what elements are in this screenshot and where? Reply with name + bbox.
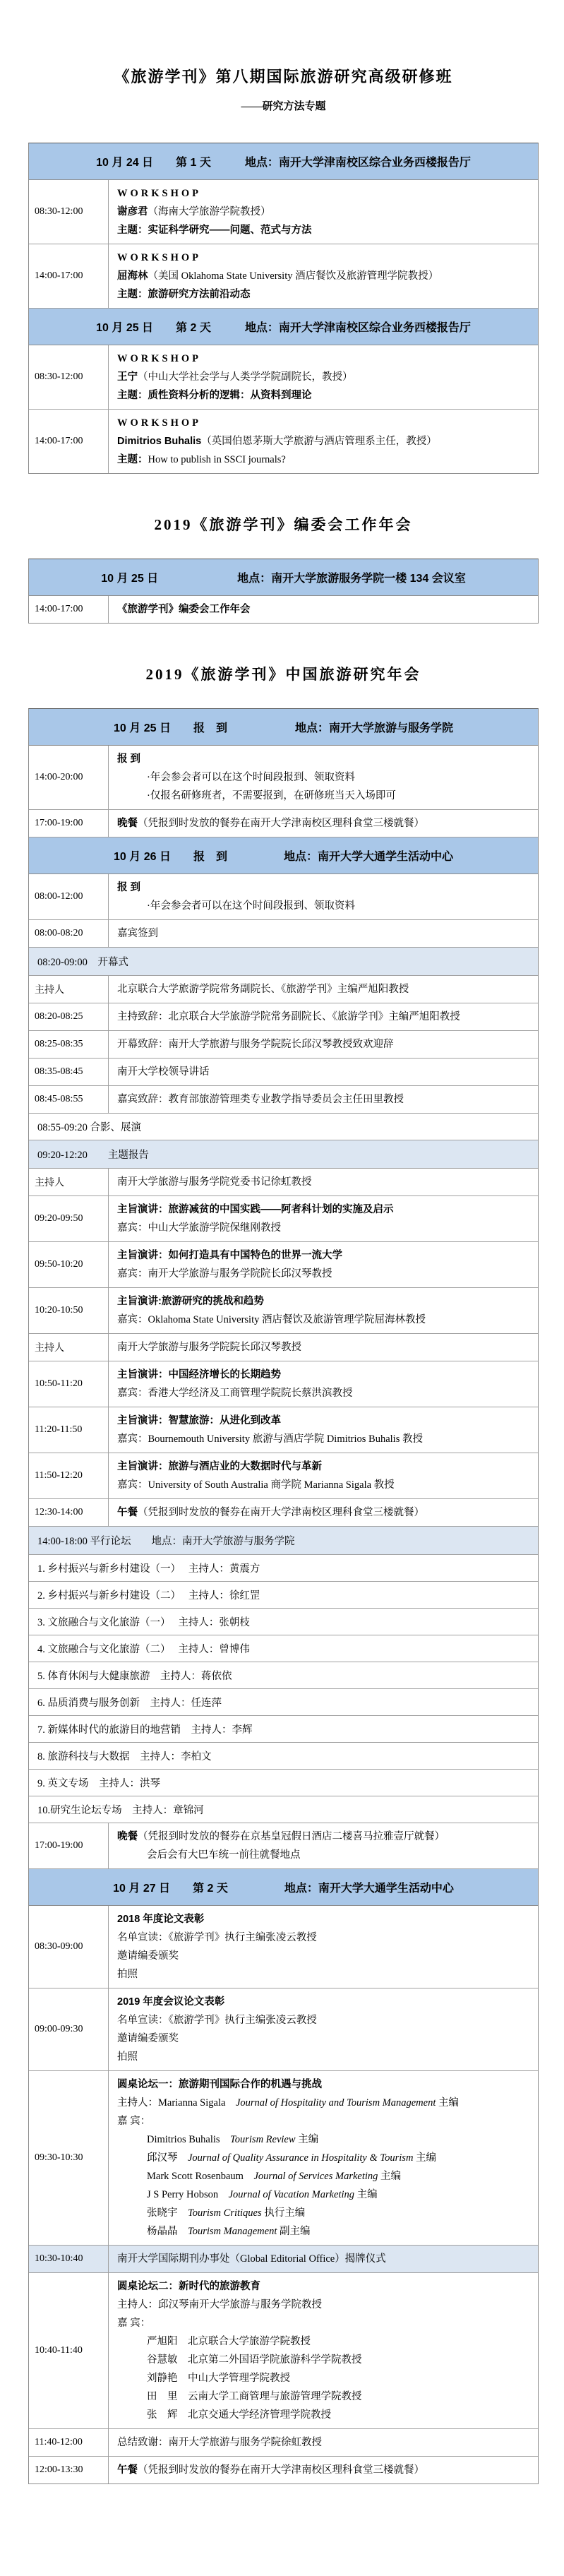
detail-cell: 开幕致辞：南开大学旅游与服务学院院长邱汉琴教授致欢迎辞: [109, 1031, 538, 1058]
text-segment: 开幕致辞：南开大学旅游与服务学院院长邱汉琴教授致欢迎辞: [117, 1039, 394, 1050]
span-row: 1. 乡村振兴与新乡村建设（一） 主持人：黄震方: [29, 1555, 538, 1582]
detail-line: 主题：How to publish in SSCI journals?: [117, 451, 531, 469]
detail-line: 主旨演讲：旅游与酒店业的大数据时代与革新: [117, 1457, 531, 1476]
span-row: 10.研究生论坛专场 主持人：章锦河: [29, 1796, 538, 1823]
span-row: 5. 体育休闲与大健康旅游 主持人：蒋依依: [29, 1662, 538, 1689]
text-segment: 午餐: [117, 1507, 138, 1518]
detail-line: 杨晶晶 Tourism Management 副主编: [117, 2222, 531, 2241]
schedule-row: 08:35-08:45南开大学校领导讲话: [29, 1059, 538, 1086]
detail-line: 嘉宾致辞：教育部旅游管理类专业教学指导委员会主任田里教授: [117, 1090, 531, 1109]
detail-line: 邀请编委颁奖: [117, 1947, 531, 1965]
detail-cell: 南开大学旅游与服务学院院长邱汉琴教授: [109, 1334, 538, 1361]
schedule-row: 17:00-19:00晚餐（凭报到时发放的餐券在南开大学津南校区理科食堂三楼就餐…: [29, 810, 538, 837]
detail-line: 主旨演讲：中国经济增长的长期趋势: [117, 1366, 531, 1384]
annual-conference-title: 2019《旅游学刊》中国旅游研究年会: [28, 663, 539, 684]
detail-line: Dimitrios Buhalis Tourism Review 主编: [117, 2130, 531, 2149]
detail-cell: 嘉宾签到: [109, 920, 538, 947]
text-segment: Dimitrios Buhalis: [117, 436, 201, 447]
span-row: 4. 文旅融合与文化旅游（二） 主持人：曾博伟: [29, 1635, 538, 1662]
text-segment: 主编: [378, 2171, 401, 2182]
time-cell: 08:00-08:20: [29, 920, 109, 947]
detail-line: 张晓宇 Tourism Critiques 执行主编: [117, 2204, 531, 2222]
detail-line: 嘉宾：香港大学经济及工商管理学院院长蔡洪滨教授: [117, 1384, 531, 1402]
text-segment: 南开大学旅游与服务学院党委书记徐虹教授: [117, 1176, 312, 1188]
text-segment: 主题：实证科学研究——问题、范式与方法: [117, 225, 312, 236]
time-cell: 09:30-10:30: [29, 2071, 109, 2245]
detail-line: 开幕致辞：南开大学旅游与服务学院院长邱汉琴教授致欢迎辞: [117, 1035, 531, 1054]
schedule-row: 08:20-08:25主持致辞：北京联合大学旅游学院常务副院长、《旅游学刊》主编…: [29, 1003, 538, 1031]
text-segment: WORKSHOP: [117, 417, 201, 429]
detail-line: 嘉宾：Bournemouth University 旅游与酒店学院 Dimitr…: [117, 1430, 531, 1448]
time-cell: 08:35-08:45: [29, 1059, 109, 1085]
time-cell: 10:20-10:50: [29, 1288, 109, 1333]
text-segment: Journal of Services Marketing: [253, 2171, 378, 2182]
detail-line: 谢彦君（海南大学旅游学院教授）: [117, 203, 531, 221]
text-segment: ·年会参会者可以在这个时间段报到、领取资料: [147, 772, 355, 783]
detail-line: 晚餐（凭报到时发放的餐券在京基皇冠假日酒店二楼喜马拉雅壹厅就餐）: [117, 1827, 531, 1846]
text-segment: 《旅游学刊》编委会工作年会: [117, 604, 251, 615]
detail-cell: 主旨演讲：中国经济增长的长期趋势嘉宾：香港大学经济及工商管理学院院长蔡洪滨教授: [109, 1361, 538, 1407]
time-cell: 14:00-17:00: [29, 244, 109, 308]
editorial-meeting-title: 2019《旅游学刊》编委会工作年会: [28, 513, 539, 535]
text-segment: 总结致谢：南开大学旅游与服务学院徐虹教授: [117, 2437, 322, 2448]
detail-cell: 主持致辞：北京联合大学旅游学院常务副院长、《旅游学刊》主编严旭阳教授: [109, 1003, 538, 1030]
text-segment: 邀请编委颁奖: [117, 1950, 179, 1962]
schedule-row: 10:40-11:40圆桌论坛二：新时代的旅游教育主持人：邱汉琴南开大学旅游与服…: [29, 2273, 538, 2429]
detail-line: 圆桌论坛一：旅游期刊国际合作的机遇与挑战: [117, 2075, 531, 2094]
text-segment: 张 辉 北京交通大学经济管理学院教授: [147, 2409, 331, 2421]
schedule-row: 17:00-19:00晚餐（凭报到时发放的餐券在京基皇冠假日酒店二楼喜马拉雅壹厅…: [29, 1823, 538, 1869]
text-segment: 嘉宾：University of South Australia 商学院 Mar…: [117, 1479, 395, 1491]
schedule-row: 10:50-11:20主旨演讲：中国经济增长的长期趋势嘉宾：香港大学经济及工商管…: [29, 1361, 538, 1407]
time-cell: 10:40-11:40: [29, 2273, 109, 2428]
detail-cell: WORKSHOP谢彦君（海南大学旅游学院教授）主题：实证科学研究——问题、范式与…: [109, 180, 538, 244]
session-subheader: 14:00-18:00 平行论坛 地点：南开大学旅游与服务学院: [29, 1527, 538, 1555]
text-segment: 谢彦君: [117, 206, 148, 217]
schedule-row: 11:40-12:00总结致谢：南开大学旅游与服务学院徐虹教授: [29, 2429, 538, 2457]
detail-cell: 主旨演讲：智慧旅游：从进化到改革嘉宾：Bournemouth Universit…: [109, 1407, 538, 1453]
schedule-row: 主持人北京联合大学旅游学院常务副院长、《旅游学刊》主编严旭阳教授: [29, 976, 538, 1003]
detail-line: 主持致辞：北京联合大学旅游学院常务副院长、《旅游学刊》主编严旭阳教授: [117, 1008, 531, 1026]
time-cell: 主持人: [29, 976, 109, 1003]
time-cell: 主持人: [29, 1334, 109, 1361]
detail-cell: 南开大学国际期刊办事处（Global Editorial Office）揭牌仪式: [109, 2246, 538, 2272]
text-segment: 主旨演讲:旅游研究的挑战和趋势: [117, 1296, 264, 1307]
detail-cell: 晚餐（凭报到时发放的餐券在京基皇冠假日酒店二楼喜马拉雅壹厅就餐）会后会有大巴车统…: [109, 1823, 538, 1868]
text-segment: 张晓宇: [147, 2207, 188, 2219]
text-segment: 报 到: [117, 882, 140, 893]
detail-cell: 嘉宾致辞：教育部旅游管理类专业教学指导委员会主任田里教授: [109, 1086, 538, 1113]
schedule-row: 09:30-10:30圆桌论坛一：旅游期刊国际合作的机遇与挑战主持人：Maria…: [29, 2071, 538, 2246]
time-cell: 08:30-12:00: [29, 180, 109, 244]
detail-line: 午餐（凭报到时发放的餐券在南开大学津南校区理科食堂三楼就餐）: [117, 2461, 531, 2479]
detail-line: J S Perry Hobson Journal of Vacation Mar…: [117, 2186, 531, 2204]
detail-cell: 主旨演讲：如何打造具有中国特色的世界一流大学嘉宾：南开大学旅游与服务学院院长邱汉…: [109, 1242, 538, 1287]
text-segment: （美国 Oklahoma State University 酒店餐饮及旅游管理学…: [148, 270, 439, 282]
text-segment: 主持致辞：北京联合大学旅游学院常务副院长、《旅游学刊》主编严旭阳教授: [117, 1011, 460, 1022]
text-segment: Tourism Critiques: [188, 2207, 262, 2219]
detail-line: 主旨演讲：智慧旅游：从进化到改革: [117, 1412, 531, 1430]
schedule-table-workshop: 10 月 24 日 第 1 天 地点：南开大学津南校区综合业务西楼报告厅08:3…: [28, 143, 539, 474]
detail-line: 严旭阳 北京联合大学旅游学院教授: [117, 2332, 531, 2351]
detail-line: 谷慧敏 北京第二外国语学院旅游科学学院教授: [117, 2351, 531, 2369]
text-segment: 南开大学国际期刊办事处（Global Editorial Office）揭牌仪式: [117, 2253, 386, 2265]
detail-line: ·年会参会者可以在这个时间段报到、领取资料: [117, 768, 531, 787]
schedule-row: 08:30-09:002018 年度论文表彰名单宣读：《旅游学刊》执行主编张凌云…: [29, 1906, 538, 1988]
time-cell: 14:00-17:00: [29, 410, 109, 473]
span-row: 08:55-09:20 合影、展演: [29, 1114, 538, 1140]
text-segment: 嘉宾：中山大学旅游学院保继刚教授: [117, 1222, 281, 1234]
session-subheader: 09:20-12:20 主题报告: [29, 1140, 538, 1169]
text-segment: 南开大学旅游与服务学院院长邱汉琴教授: [117, 1342, 301, 1353]
text-segment: 2018 年度论文表彰: [117, 1914, 204, 1925]
text-segment: 嘉宾：Bournemouth University 旅游与酒店学院 Dimitr…: [117, 1433, 423, 1445]
detail-line: 会后会有大巴车统一前往就餐地点: [117, 1846, 531, 1864]
schedule-row: 主持人南开大学旅游与服务学院院长邱汉琴教授: [29, 1334, 538, 1361]
schedule-row: 08:00-12:00报 到·年会参会者可以在这个时间段报到、领取资料: [29, 874, 538, 920]
detail-line: 主题：质性资料分析的逻辑：从资料到理论: [117, 386, 531, 405]
text-segment: 主题：旅游研究方法前沿动态: [117, 289, 251, 300]
schedule-row: 08:45-08:55嘉宾致辞：教育部旅游管理类专业教学指导委员会主任田里教授: [29, 1086, 538, 1114]
time-cell: 08:25-08:35: [29, 1031, 109, 1058]
text-segment: 拍照: [117, 1969, 138, 1980]
detail-line: 晚餐（凭报到时发放的餐券在南开大学津南校区理科食堂三楼就餐）: [117, 814, 531, 833]
text-segment: 嘉宾签到: [117, 928, 158, 939]
detail-cell: 北京联合大学旅游学院常务副院长、《旅游学刊》主编严旭阳教授: [109, 976, 538, 1003]
text-segment: Journal of Hospitality and Tourism Manag…: [236, 2097, 436, 2109]
text-segment: ·仅报名研修班者，不需要报到，在研修班当天入场即可: [147, 790, 396, 801]
time-cell: 17:00-19:00: [29, 810, 109, 837]
time-cell: 10:50-11:20: [29, 1361, 109, 1407]
detail-cell: WORKSHOPDimitrios Buhalis（英国伯恩茅斯大学旅游与酒店管…: [109, 410, 538, 473]
detail-line: Mark Scott Rosenbaum Journal of Services…: [117, 2167, 531, 2186]
detail-line: 主旨演讲:旅游研究的挑战和趋势: [117, 1292, 531, 1311]
detail-line: 圆桌论坛二：新时代的旅游教育: [117, 2277, 531, 2296]
text-segment: 晚餐: [117, 1831, 138, 1842]
text-segment: 北京联合大学旅游学院常务副院长、《旅游学刊》主编严旭阳教授: [117, 984, 409, 995]
text-segment: 报 到: [117, 753, 140, 765]
schedule-row: 08:30-12:00WORKSHOP王宁（中山大学社会学与人类学学院副院长，教…: [29, 345, 538, 410]
detail-line: WORKSHOP: [117, 184, 531, 203]
text-segment: 圆桌论坛一：旅游期刊国际合作的机遇与挑战: [117, 2079, 322, 2090]
schedule-row: 08:30-12:00WORKSHOP谢彦君（海南大学旅游学院教授）主题：实证科…: [29, 180, 538, 244]
schedule-row: 12:30-14:00午餐（凭报到时发放的餐券在南开大学津南校区理科食堂三楼就餐…: [29, 1499, 538, 1527]
schedule-row: 08:25-08:35开幕致辞：南开大学旅游与服务学院院长邱汉琴教授致欢迎辞: [29, 1031, 538, 1059]
time-cell: 08:00-12:00: [29, 874, 109, 919]
detail-line: 嘉宾签到: [117, 924, 531, 943]
text-segment: Journal of Vacation Marketing: [229, 2189, 354, 2200]
schedule-row: 11:20-11:50主旨演讲：智慧旅游：从进化到改革嘉宾：Bournemout…: [29, 1407, 538, 1453]
text-segment: Dimitrios Buhalis: [147, 2134, 230, 2145]
detail-cell: WORKSHOP屈海林（美国 Oklahoma State University…: [109, 244, 538, 308]
time-cell: 09:00-09:30: [29, 1988, 109, 2070]
detail-cell: 午餐（凭报到时发放的餐券在南开大学津南校区理科食堂三楼就餐）: [109, 2457, 538, 2483]
text-segment: 主编: [436, 2097, 459, 2109]
text-segment: 会后会有大巴车统一前往就餐地点: [147, 1849, 301, 1861]
detail-line: 《旅游学刊》编委会工作年会: [117, 600, 531, 619]
text-segment: 主题：质性资料分析的逻辑：从资料到理论: [117, 390, 312, 401]
day-banner: 10 月 24 日 第 1 天 地点：南开大学津南校区综合业务西楼报告厅: [29, 143, 538, 180]
detail-line: Dimitrios Buhalis（英国伯恩茅斯大学旅游与酒店管理系主任，教授）: [117, 432, 531, 451]
span-row: 9. 英文专场 主持人：洪琴: [29, 1770, 538, 1796]
detail-cell: 午餐（凭报到时发放的餐券在南开大学津南校区理科食堂三楼就餐）: [109, 1499, 538, 1526]
day-banner: 10 月 25 日 第 2 天 地点：南开大学津南校区综合业务西楼报告厅: [29, 309, 538, 345]
schedule-row: 09:00-09:302019 年度会议论文表彰名单宣读：《旅游学刊》执行主编张…: [29, 1988, 538, 2071]
detail-line: 拍照: [117, 1965, 531, 1984]
detail-line: 张 辉 北京交通大学经济管理学院教授: [117, 2406, 531, 2424]
time-cell: 12:30-14:00: [29, 1499, 109, 1526]
schedule-row: 14:00-17:00WORKSHOP屈海林（美国 Oklahoma State…: [29, 244, 538, 309]
schedule-row: 08:00-08:20嘉宾签到: [29, 920, 538, 948]
text-segment: 严旭阳 北京联合大学旅游学院教授: [147, 2336, 311, 2347]
detail-line: 南开大学旅游与服务学院院长邱汉琴教授: [117, 1338, 531, 1356]
time-cell: 14:00-17:00: [29, 596, 109, 623]
detail-line: 嘉 宾：: [117, 2112, 531, 2130]
detail-line: 嘉宾：Oklahoma State University 酒店餐饮及旅游管理学院…: [117, 1311, 531, 1329]
text-segment: 谷慧敏 北京第二外国语学院旅游科学学院教授: [147, 2354, 362, 2366]
detail-cell: 2018 年度论文表彰名单宣读：《旅游学刊》执行主编张凌云教授邀请编委颁奖拍照: [109, 1906, 538, 1988]
detail-cell: 报 到·年会参会者可以在这个时间段报到、领取资料·仅报名研修班者，不需要报到，在…: [109, 746, 538, 809]
text-segment: WORKSHOP: [117, 188, 201, 199]
text-segment: 主编: [354, 2189, 378, 2200]
detail-line: 2018 年度论文表彰: [117, 1910, 531, 1928]
text-segment: 邀请编委颁奖: [117, 2033, 179, 2044]
text-segment: WORKSHOP: [117, 353, 201, 364]
time-cell: 08:45-08:55: [29, 1086, 109, 1113]
detail-cell: 主旨演讲：旅游与酒店业的大数据时代与革新嘉宾：University of Sou…: [109, 1453, 538, 1498]
time-cell: 12:00-13:30: [29, 2457, 109, 2483]
text-segment: 嘉 宾：: [117, 2116, 150, 2127]
text-segment: Journal of Quality Assurance in Hospital…: [188, 2152, 413, 2164]
schedule-row: 主持人南开大学旅游与服务学院党委书记徐虹教授: [29, 1169, 538, 1196]
span-row: 7. 新媒体时代的旅游目的地营销 主持人：李辉: [29, 1716, 538, 1743]
detail-cell: 南开大学旅游与服务学院党委书记徐虹教授: [109, 1169, 538, 1195]
text-segment: 邱汉琴: [147, 2152, 188, 2164]
time-cell: 17:00-19:00: [29, 1823, 109, 1868]
detail-line: 午餐（凭报到时发放的餐券在南开大学津南校区理科食堂三楼就餐）: [117, 1503, 531, 1522]
detail-line: 刘静艳 中山大学管理学院教授: [117, 2369, 531, 2387]
detail-cell: 晚餐（凭报到时发放的餐券在南开大学津南校区理科食堂三楼就餐）: [109, 810, 538, 837]
detail-cell: 圆桌论坛二：新时代的旅游教育主持人：邱汉琴南开大学旅游与服务学院教授嘉 宾：严旭…: [109, 2273, 538, 2428]
detail-line: 报 到: [117, 878, 531, 897]
detail-line: 总结致谢：南开大学旅游与服务学院徐虹教授: [117, 2433, 531, 2452]
detail-cell: 总结致谢：南开大学旅游与服务学院徐虹教授: [109, 2429, 538, 2456]
text-segment: 嘉宾：香港大学经济及工商管理学院院长蔡洪滨教授: [117, 1388, 353, 1399]
text-segment: 主旨演讲：智慧旅游：从进化到改革: [117, 1415, 281, 1426]
workshop-subtitle: ——研究方法专题: [28, 98, 539, 113]
schedule-row: 11:50-12:20主旨演讲：旅游与酒店业的大数据时代与革新嘉宾：Univer…: [29, 1453, 538, 1499]
detail-line: 邀请编委颁奖: [117, 2029, 531, 2048]
detail-line: 嘉宾：University of South Australia 商学院 Mar…: [117, 1476, 531, 1494]
day-banner: 10 月 25 日 地点：南开大学旅游服务学院一楼 134 会议室: [29, 559, 538, 596]
text-segment: WORKSHOP: [117, 252, 201, 263]
detail-line: ·仅报名研修班者，不需要报到，在研修班当天入场即可: [117, 787, 531, 805]
time-cell: 09:50-10:20: [29, 1242, 109, 1287]
text-segment: 主旨演讲：中国经济增长的长期趋势: [117, 1369, 281, 1381]
text-segment: 名单宣读：《旅游学刊》执行主编张凌云教授: [117, 1932, 317, 1943]
text-segment: 主题：: [117, 454, 148, 465]
detail-line: 北京联合大学旅游学院常务副院长、《旅游学刊》主编严旭阳教授: [117, 980, 531, 998]
schedule-row: 10:30-10:40南开大学国际期刊办事处（Global Editorial …: [29, 2246, 538, 2273]
detail-line: 嘉 宾：: [117, 2314, 531, 2332]
detail-cell: 报 到·年会参会者可以在这个时间段报到、领取资料: [109, 874, 538, 919]
day-banner: 10 月 27 日 第 2 天 地点：南开大学大通学生活动中心: [29, 1869, 538, 1906]
schedule-row: 09:20-09:50主旨演讲：旅游减贫的中国实践——阿者科计划的实施及启示嘉宾…: [29, 1196, 538, 1242]
detail-line: 南开大学旅游与服务学院党委书记徐虹教授: [117, 1173, 531, 1191]
session-subheader: 08:20-09:00 开幕式: [29, 948, 538, 976]
span-row: 3. 文旅融合与文化旅游（一） 主持人：张朝枝: [29, 1609, 538, 1635]
detail-cell: 圆桌论坛一：旅游期刊国际合作的机遇与挑战主持人：Marianna Sigala …: [109, 2071, 538, 2245]
detail-line: 主持人：邱汉琴南开大学旅游与服务学院教授: [117, 2296, 531, 2314]
detail-line: 嘉宾：中山大学旅游学院保继刚教授: [117, 1219, 531, 1237]
detail-cell: WORKSHOP王宁（中山大学社会学与人类学学院副院长，教授）主题：质性资料分析…: [109, 345, 538, 409]
schedule-table-annual: 10 月 25 日 报 到 地点：南开大学旅游与服务学院14:00-20:00报…: [28, 708, 539, 2484]
time-cell: 08:30-09:00: [29, 1906, 109, 1988]
detail-cell: 南开大学校领导讲话: [109, 1059, 538, 1085]
text-segment: （海南大学旅游学院教授）: [148, 206, 271, 217]
detail-line: 南开大学国际期刊办事处（Global Editorial Office）揭牌仪式: [117, 2250, 531, 2268]
text-segment: Tourism Review: [230, 2134, 296, 2145]
detail-line: 嘉宾：南开大学旅游与服务学院院长邱汉琴教授: [117, 1265, 531, 1283]
time-cell: 主持人: [29, 1169, 109, 1195]
text-segment: 田 里 云南大学工商管理与旅游管理学院教授: [147, 2391, 362, 2402]
time-cell: 08:20-08:25: [29, 1003, 109, 1030]
detail-line: 屈海林（美国 Oklahoma State University 酒店餐饮及旅游…: [117, 267, 531, 285]
text-segment: 执行主编: [262, 2207, 306, 2219]
text-segment: 嘉 宾：: [117, 2318, 150, 2329]
conference-schedule-document: 《旅游学刊》第八期国际旅游研究高级研修班 ——研究方法专题 10 月 24 日 …: [0, 0, 564, 2576]
text-segment: 杨晶晶: [147, 2226, 188, 2237]
detail-line: 邱汉琴 Journal of Quality Assurance in Hosp…: [117, 2149, 531, 2167]
schedule-table-editorial: 10 月 25 日 地点：南开大学旅游服务学院一楼 134 会议室14:00-1…: [28, 559, 539, 624]
text-segment: 嘉宾：Oklahoma State University 酒店餐饮及旅游管理学院…: [117, 1314, 426, 1325]
detail-line: 主持人：Marianna Sigala Journal of Hospitali…: [117, 2094, 531, 2112]
span-row: 8. 旅游科技与大数据 主持人：李柏文: [29, 1743, 538, 1770]
detail-line: 报 到: [117, 750, 531, 768]
text-segment: 拍照: [117, 2051, 138, 2063]
detail-line: 田 里 云南大学工商管理与旅游管理学院教授: [117, 2387, 531, 2406]
text-segment: （英国伯恩茅斯大学旅游与酒店管理系主任，教授）: [201, 436, 437, 447]
detail-line: WORKSHOP: [117, 350, 531, 368]
text-segment: 王宁: [117, 371, 138, 383]
text-segment: 主旨演讲：如何打造具有中国特色的世界一流大学: [117, 1250, 342, 1261]
time-cell: 11:50-12:20: [29, 1453, 109, 1498]
time-cell: 14:00-20:00: [29, 746, 109, 809]
detail-line: ·年会参会者可以在这个时间段报到、领取资料: [117, 897, 531, 915]
text-segment: 嘉宾：南开大学旅游与服务学院院长邱汉琴教授: [117, 1268, 332, 1280]
time-cell: 09:20-09:50: [29, 1196, 109, 1241]
text-segment: 圆桌论坛二：新时代的旅游教育: [117, 2281, 260, 2292]
detail-line: 王宁（中山大学社会学与人类学学院副院长，教授）: [117, 368, 531, 386]
detail-line: 主旨演讲：旅游减贫的中国实践——阿者科计划的实施及启示: [117, 1200, 531, 1219]
workshop-title: 《旅游学刊》第八期国际旅游研究高级研修班: [28, 65, 539, 87]
text-segment: How to publish in SSCI journals?: [148, 454, 286, 465]
schedule-row: 09:50-10:20主旨演讲：如何打造具有中国特色的世界一流大学嘉宾：南开大学…: [29, 1242, 538, 1288]
text-segment: 屈海林: [117, 270, 148, 282]
day-banner: 10 月 26 日 报 到 地点：南开大学大通学生活动中心: [29, 837, 538, 874]
detail-line: 主题：旅游研究方法前沿动态: [117, 285, 531, 304]
text-segment: 主持人：Marianna Sigala: [117, 2097, 236, 2109]
text-segment: 主编: [296, 2134, 319, 2145]
text-segment: 主旨演讲：旅游与酒店业的大数据时代与革新: [117, 1461, 322, 1472]
detail-line: 名单宣读：《旅游学刊》执行主编张凌云教授: [117, 2011, 531, 2029]
time-cell: 10:30-10:40: [29, 2246, 109, 2272]
text-segment: J S Perry Hobson: [147, 2189, 229, 2200]
detail-cell: 主旨演讲：旅游减贫的中国实践——阿者科计划的实施及启示嘉宾：中山大学旅游学院保继…: [109, 1196, 538, 1241]
text-segment: 主持人：邱汉琴南开大学旅游与服务学院教授: [117, 2299, 322, 2310]
span-row: 6. 品质消费与服务创新 主持人：任连萍: [29, 1689, 538, 1716]
text-segment: （凭报到时发放的餐券在南开大学津南校区理科食堂三楼就餐）: [138, 2464, 424, 2476]
time-cell: 11:40-12:00: [29, 2429, 109, 2456]
schedule-row: 14:00-17:00WORKSHOPDimitrios Buhalis（英国伯…: [29, 410, 538, 473]
text-segment: 午餐: [117, 2464, 138, 2476]
text-segment: 副主编: [277, 2226, 310, 2237]
schedule-row: 14:00-17:00《旅游学刊》编委会工作年会: [29, 596, 538, 623]
detail-line: 主旨演讲：如何打造具有中国特色的世界一流大学: [117, 1246, 531, 1265]
text-segment: 主旨演讲：旅游减贫的中国实践——阿者科计划的实施及启示: [117, 1204, 394, 1215]
detail-line: WORKSHOP: [117, 249, 531, 267]
detail-cell: 2019 年度会议论文表彰名单宣读：《旅游学刊》执行主编张凌云教授邀请编委颁奖拍…: [109, 1988, 538, 2070]
detail-line: 名单宣读：《旅游学刊》执行主编张凌云教授: [117, 1928, 531, 1947]
schedule-row: 14:00-20:00报 到·年会参会者可以在这个时间段报到、领取资料·仅报名研…: [29, 746, 538, 810]
time-cell: 08:30-12:00: [29, 345, 109, 409]
detail-line: 南开大学校领导讲话: [117, 1063, 531, 1081]
text-segment: 刘静艳 中山大学管理学院教授: [147, 2373, 290, 2384]
text-segment: 南开大学校领导讲话: [117, 1066, 210, 1078]
text-segment: Tourism Management: [188, 2226, 277, 2237]
text-segment: （凭报到时发放的餐券在南开大学津南校区理科食堂三楼就餐）: [138, 818, 424, 829]
detail-line: WORKSHOP: [117, 414, 531, 432]
text-segment: Mark Scott Rosenbaum: [147, 2171, 253, 2182]
text-segment: 主编: [413, 2152, 436, 2164]
text-segment: 嘉宾致辞：教育部旅游管理类专业教学指导委员会主任田里教授: [117, 1094, 404, 1105]
text-segment: （凭报到时发放的餐券在南开大学津南校区理科食堂三楼就餐）: [138, 1507, 424, 1518]
text-segment: 晚餐: [117, 818, 138, 829]
detail-line: 主题：实证科学研究——问题、范式与方法: [117, 221, 531, 239]
time-cell: 11:20-11:50: [29, 1407, 109, 1453]
detail-cell: 《旅游学刊》编委会工作年会: [109, 596, 538, 623]
schedule-row: 10:20-10:50主旨演讲:旅游研究的挑战和趋势嘉宾：Oklahoma St…: [29, 1288, 538, 1334]
detail-cell: 主旨演讲:旅游研究的挑战和趋势嘉宾：Oklahoma State Univers…: [109, 1288, 538, 1333]
span-row: 2. 乡村振兴与新乡村建设（二） 主持人：徐红罡: [29, 1582, 538, 1609]
schedule-row: 12:00-13:30午餐（凭报到时发放的餐券在南开大学津南校区理科食堂三楼就餐…: [29, 2457, 538, 2483]
detail-line: 2019 年度会议论文表彰: [117, 1993, 531, 2011]
text-segment: 名单宣读：《旅游学刊》执行主编张凌云教授: [117, 2015, 317, 2026]
text-segment: 2019 年度会议论文表彰: [117, 1996, 224, 2008]
text-segment: ·年会参会者可以在这个时间段报到、领取资料: [147, 900, 355, 912]
text-segment: （凭报到时发放的餐券在京基皇冠假日酒店二楼喜马拉雅壹厅就餐）: [138, 1831, 445, 1842]
day-banner: 10 月 25 日 报 到 地点：南开大学旅游与服务学院: [29, 709, 538, 746]
detail-line: 拍照: [117, 2048, 531, 2066]
text-segment: （中山大学社会学与人类学学院副院长，教授）: [138, 371, 353, 383]
